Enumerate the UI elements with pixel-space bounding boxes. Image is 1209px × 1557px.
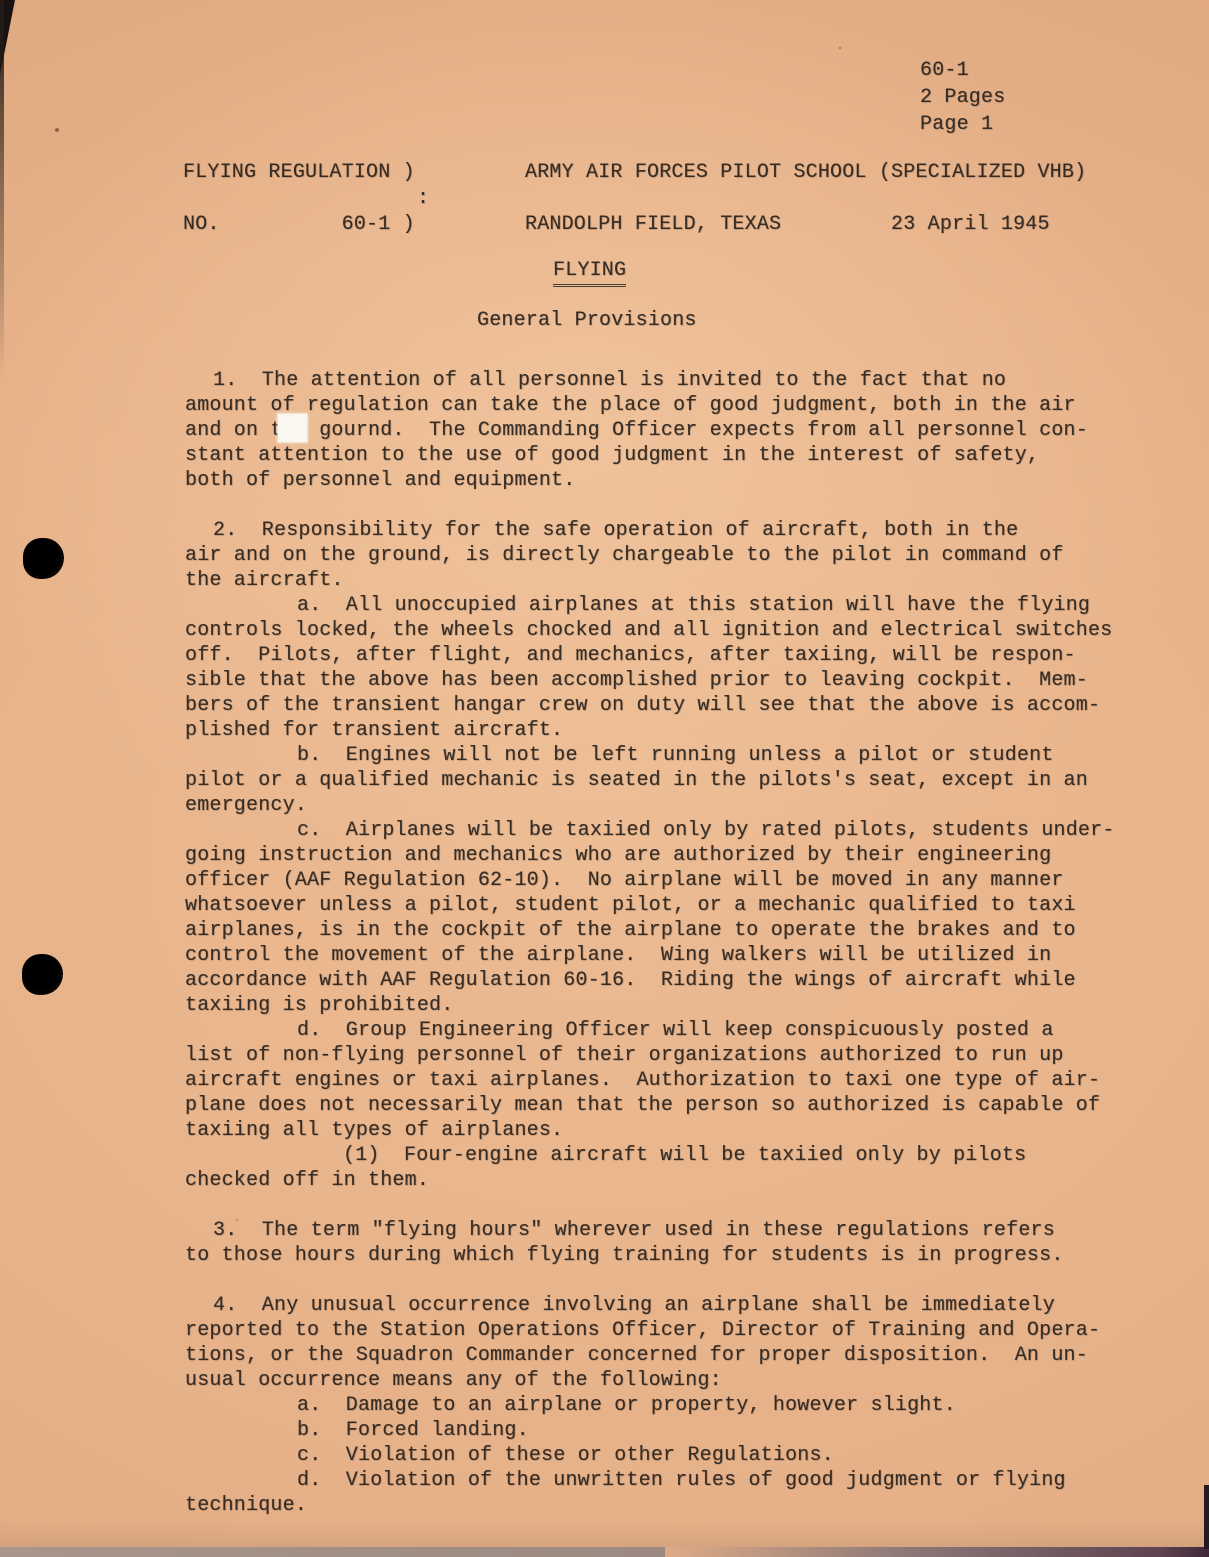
paragraph-block: 2. Responsibility for the safe operation…: [185, 518, 1145, 593]
text-line: reported to the Station Operations Offic…: [185, 1318, 1145, 1343]
text-line: d. Violation of the unwritten rules of g…: [185, 1468, 1145, 1493]
text-line: sible that the above has been accomplish…: [185, 668, 1145, 693]
text-line: control the movement of the airplane. Wi…: [185, 943, 1145, 968]
corner-doc-number: 60-1: [920, 57, 969, 84]
text-line: b. Forced landing.: [185, 1418, 1145, 1443]
text-line: whatsoever unless a pilot, student pilot…: [185, 893, 1145, 918]
text-line: stant attention to the use of good judgm…: [185, 443, 1145, 468]
text-line: to those hours during which flying train…: [185, 1243, 1145, 1268]
text-line: technique.: [185, 1493, 1145, 1518]
text-line: pilot or a qualified mechanic is seated …: [185, 768, 1145, 793]
text-line: tions, or the Squadron Commander concern…: [185, 1343, 1145, 1368]
text-line: and on the gournd. The Commanding Office…: [185, 418, 1145, 443]
paragraph-block: a. All unoccupied airplanes at this stat…: [185, 593, 1145, 743]
page-title: FLYING: [553, 258, 626, 287]
text-line: going instruction and mechanics who are …: [185, 843, 1145, 868]
paragraph-block: (1) Four-engine aircraft will be taxiied…: [185, 1143, 1145, 1193]
scan-bottom-edge: [0, 1547, 1209, 1557]
paragraph-block: 4. Any unusual occurrence involving an a…: [185, 1293, 1145, 1393]
paragraph-block: a. Damage to an airplane or property, ho…: [185, 1393, 1145, 1418]
scanned-document-page: 60-1 2 Pages Page 1 FLYING REGULATION ) …: [0, 0, 1209, 1557]
header-colon: :: [417, 186, 429, 211]
text-line: airplanes, is in the cockpit of the airp…: [185, 918, 1145, 943]
text-line: taxiing all types of airplanes.: [185, 1118, 1145, 1143]
page-subtitle: General Provisions: [477, 308, 697, 333]
text-line: officer (AAF Regulation 62-10). No airpl…: [185, 868, 1145, 893]
scan-bottom-shade: [0, 1521, 1209, 1547]
whiteout-correction: [278, 414, 307, 442]
text-line: 1. The attention of all personnel is inv…: [185, 368, 1145, 393]
paragraph-block: b. Engines will not be left running unle…: [185, 743, 1145, 818]
corner-page-count: 2 Pages: [920, 84, 1005, 111]
paper-specks: [55, 128, 59, 132]
paragraph-block: c. Violation of these or other Regulatio…: [185, 1443, 1145, 1468]
document-body: 1. The attention of all personnel is inv…: [185, 368, 1145, 1518]
text-line: controls locked, the wheels chocked and …: [185, 618, 1145, 643]
text-line: both of personnel and equipment.: [185, 468, 1145, 493]
scan-right-edge: [1204, 1485, 1209, 1549]
header-location-date: RANDOLPH FIELD, TEXAS 23 April 1945: [525, 212, 1050, 237]
text-line: off. Pilots, after flight, and mechanics…: [185, 643, 1145, 668]
punch-hole-top: [23, 538, 64, 579]
text-line: 4. Any unusual occurrence involving an a…: [185, 1293, 1145, 1318]
text-line: a. All unoccupied airplanes at this stat…: [185, 593, 1145, 618]
text-line: usual occurrence means any of the follow…: [185, 1368, 1145, 1393]
text-line: bers of the transient hangar crew on dut…: [185, 693, 1145, 718]
scan-left-edge: [0, 0, 4, 380]
paragraph-block: b. Forced landing.: [185, 1418, 1145, 1443]
text-line: emergency.: [185, 793, 1145, 818]
header-regulation-title: FLYING REGULATION ): [183, 160, 415, 185]
text-line: checked off in them.: [185, 1168, 1145, 1193]
text-line: plane does not necessarily mean that the…: [185, 1093, 1145, 1118]
paragraph-block: c. Airplanes will be taxiied only by rat…: [185, 818, 1145, 1018]
text-line: aircraft engines or taxi airplanes. Auth…: [185, 1068, 1145, 1093]
header-organization: ARMY AIR FORCES PILOT SCHOOL (SPECIALIZE…: [525, 160, 1086, 185]
paragraph-block: d. Violation of the unwritten rules of g…: [185, 1468, 1145, 1518]
text-line: c. Airplanes will be taxiied only by rat…: [185, 818, 1145, 843]
text-line: air and on the ground, is directly charg…: [185, 543, 1145, 568]
punch-hole-bottom: [22, 954, 63, 995]
text-line: the aircraft.: [185, 568, 1145, 593]
text-line: list of non-flying personnel of their or…: [185, 1043, 1145, 1068]
text-line: (1) Four-engine aircraft will be taxiied…: [185, 1143, 1145, 1168]
text-line: taxiing is prohibited.: [185, 993, 1145, 1018]
paragraph-block: d. Group Engineering Officer will keep c…: [185, 1018, 1145, 1143]
corner-page-label: Page 1: [920, 111, 993, 138]
text-line: 2. Responsibility for the safe operation…: [185, 518, 1145, 543]
text-line: accordance with AAF Regulation 60-16. Ri…: [185, 968, 1145, 993]
text-line: b. Engines will not be left running unle…: [185, 743, 1145, 768]
paragraph-block: 3. The term "flying hours" wherever used…: [185, 1218, 1145, 1268]
text-line: d. Group Engineering Officer will keep c…: [185, 1018, 1145, 1043]
text-line: a. Damage to an airplane or property, ho…: [185, 1393, 1145, 1418]
text-line: amount of regulation can take the place …: [185, 393, 1145, 418]
text-line: 3. The term "flying hours" wherever used…: [185, 1218, 1145, 1243]
text-line: c. Violation of these or other Regulatio…: [185, 1443, 1145, 1468]
text-line: plished for transient aircraft.: [185, 718, 1145, 743]
header-regulation-number: NO. 60-1 ): [183, 212, 415, 237]
paragraph-block: 1. The attention of all personnel is inv…: [185, 368, 1145, 493]
